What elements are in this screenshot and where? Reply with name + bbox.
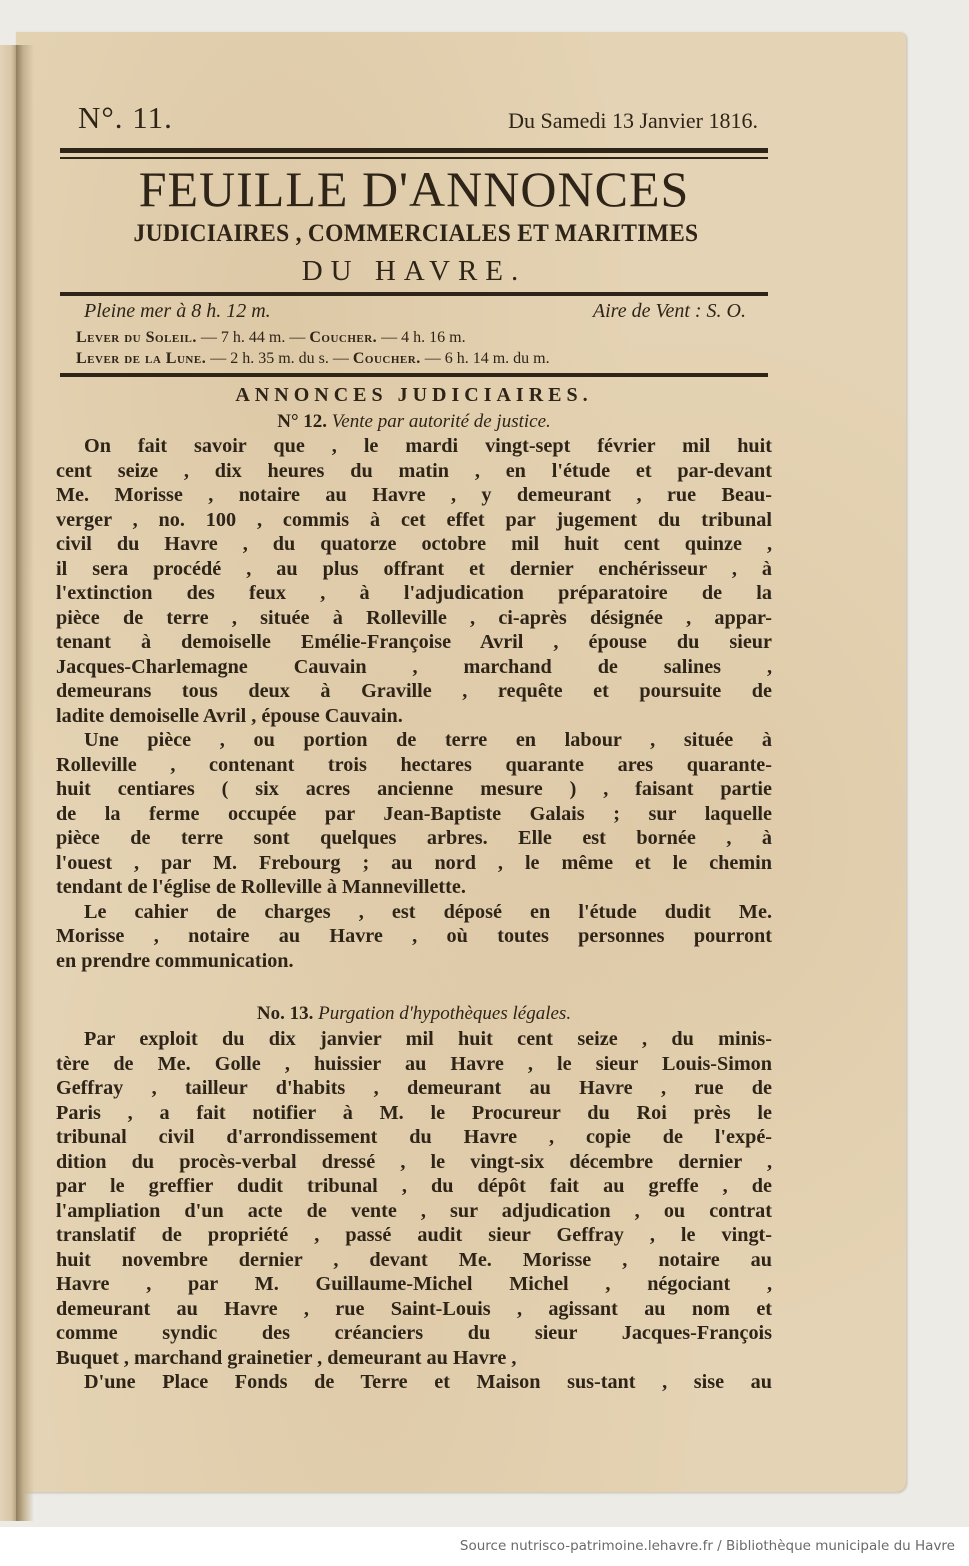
text-line: huit centiares ( six acres ancienne mesu… [56,777,772,802]
high-tide-time: Pleine mer à 8 h. 12 m. [84,300,271,323]
issue-number: N°. 11. [78,100,173,136]
sunset-time: — 4 h. 16 m. [381,329,465,346]
almanac-rule-bottom [60,373,768,377]
text-line: Rolleville , contenant trois hectares qu… [56,753,772,778]
previous-page-edge [0,45,16,1521]
moon-times-row: Lever de la Lune. — 2 h. 35 m. du s. — C… [76,350,756,368]
binding-gutter-shadow [16,45,34,1521]
moonset-label: Coucher. [353,350,421,367]
text-line: l'ampliation d'un acte de vente , sur ad… [56,1199,772,1224]
moonrise-label: Lever de la Lune. [76,350,206,367]
notice-subject: Vente par autorité de justice. [332,411,551,432]
wind-direction: Aire de Vent : S. O. [593,300,746,323]
text-line: en prendre communication. [56,949,772,974]
notice-number: N° 12. [277,411,327,432]
notice-subject: Purgation d'hypothèques légales. [318,1003,571,1024]
text-line: Une pièce , ou portion de terre en labou… [56,728,772,753]
text-line: On fait savoir que , le mardi vingt-sept… [56,434,772,459]
text-line: Geffray , tailleur d'habits , demeurant … [56,1076,772,1101]
sunrise-time: — 7 h. 44 m. — [201,329,305,346]
text-line: tère de Me. Golle , huissier au Havre , … [56,1052,772,1077]
text-line: civil du Havre , du quatorze octobre mil… [56,532,772,557]
text-line: dition du procès-verbal dressé , le ving… [56,1150,772,1175]
text-line: Morisse , notaire au Havre , où toutes p… [56,924,772,949]
section-title: ANNONCES JUDICIAIRES. [60,384,768,407]
text-line: de la ferme occupée par Jean-Baptiste Ga… [56,802,772,827]
text-line: tenant à demoiselle Emélie-Françoise Avr… [56,630,772,655]
sunset-label: Coucher. [309,329,377,346]
text-line: Havre , par M. Guillaume-Michel Michel ,… [56,1272,772,1297]
notice-12-heading: N° 12. Vente par autorité de justice. [60,411,768,433]
text-line: cent seize , dix heures du matin , en l'… [56,459,772,484]
text-line: ladite demoiselle Avril , épouse Cauvain… [56,704,772,729]
text-line: il sera procédé , au plus offrant et der… [56,557,772,582]
text-line: tendant de l'église de Rolleville à Mann… [56,875,772,900]
text-line: pièce de terre , située à Rolleville , c… [56,606,772,631]
masthead-rule-thick [60,148,768,153]
text-line: demeurans tous deux à Graville , requête… [56,679,772,704]
masthead-top-line: N°. 11. Du Samedi 13 Janvier 1816. [78,100,758,140]
masthead-rule-thin [60,157,768,159]
sunrise-label: Lever du Soleil. [76,329,197,346]
text-line: comme syndic des créanciers du sieur Jac… [56,1321,772,1346]
text-line: Jacques-Charlemagne Cauvain , marchand d… [56,655,772,680]
text-line: demeurant au Havre , rue Saint-Louis , a… [56,1297,772,1322]
text-line: pièce de terre sont quelques arbres. Ell… [56,826,772,851]
sun-times-row: Lever du Soleil. — 7 h. 44 m. — Coucher.… [76,329,756,347]
text-line: D'une Place Fonds de Terre et Maison sus… [56,1370,772,1395]
text-line: Buquet , marchand grainetier , demeurant… [56,1346,772,1371]
newspaper-subtitle: JUDICIAIRES , COMMERCIALES ET MARITIMES [81,218,750,250]
notice-13-heading: No. 13. Purgation d'hypothèques légales. [60,1003,768,1025]
almanac-tide-wind-row: Pleine mer à 8 h. 12 m. Aire de Vent : S… [84,300,746,326]
text-line: par le greffier dudit tribunal , du dépô… [56,1174,772,1199]
text-line: Paris , a fait notifier à M. le Procureu… [56,1101,772,1126]
newspaper-city: DU HAVRE. [60,254,768,288]
text-line: huit novembre dernier , devant Me. Moris… [56,1248,772,1273]
text-line: l'ouest , par M. Frebourg ; au nord , le… [56,851,772,876]
notice-12-body: On fait savoir que , le mardi vingt-sept… [56,434,772,973]
text-line: Me. Morisse , notaire au Havre , y demeu… [56,483,772,508]
almanac-rule-top [60,292,768,296]
text-line: tribunal civil d'arrondissement du Havre… [56,1125,772,1150]
text-line: l'extinction des feux , à l'adjudication… [56,581,772,606]
text-line: verger , no. 100 , commis à cet effet pa… [56,508,772,533]
moonset-time: — 6 h. 14 m. du m. [425,350,550,367]
text-line: translatif de propriété , passé audit si… [56,1223,772,1248]
moonrise-time: — 2 h. 35 m. du s. — [210,350,349,367]
text-line: Le cahier de charges , est déposé en l'é… [56,900,772,925]
text-line: Par exploit du dix janvier mil huit cent… [56,1027,772,1052]
notice-number: No. 13. [257,1003,313,1024]
source-attribution: Source nutrisco-patrimoine.lehavre.fr / … [460,1538,955,1554]
newspaper-title: FEUILLE D'ANNONCES [60,162,768,216]
notice-13-body: Par exploit du dix janvier mil huit cent… [56,1027,772,1395]
issue-date: Du Samedi 13 Janvier 1816. [508,108,758,134]
